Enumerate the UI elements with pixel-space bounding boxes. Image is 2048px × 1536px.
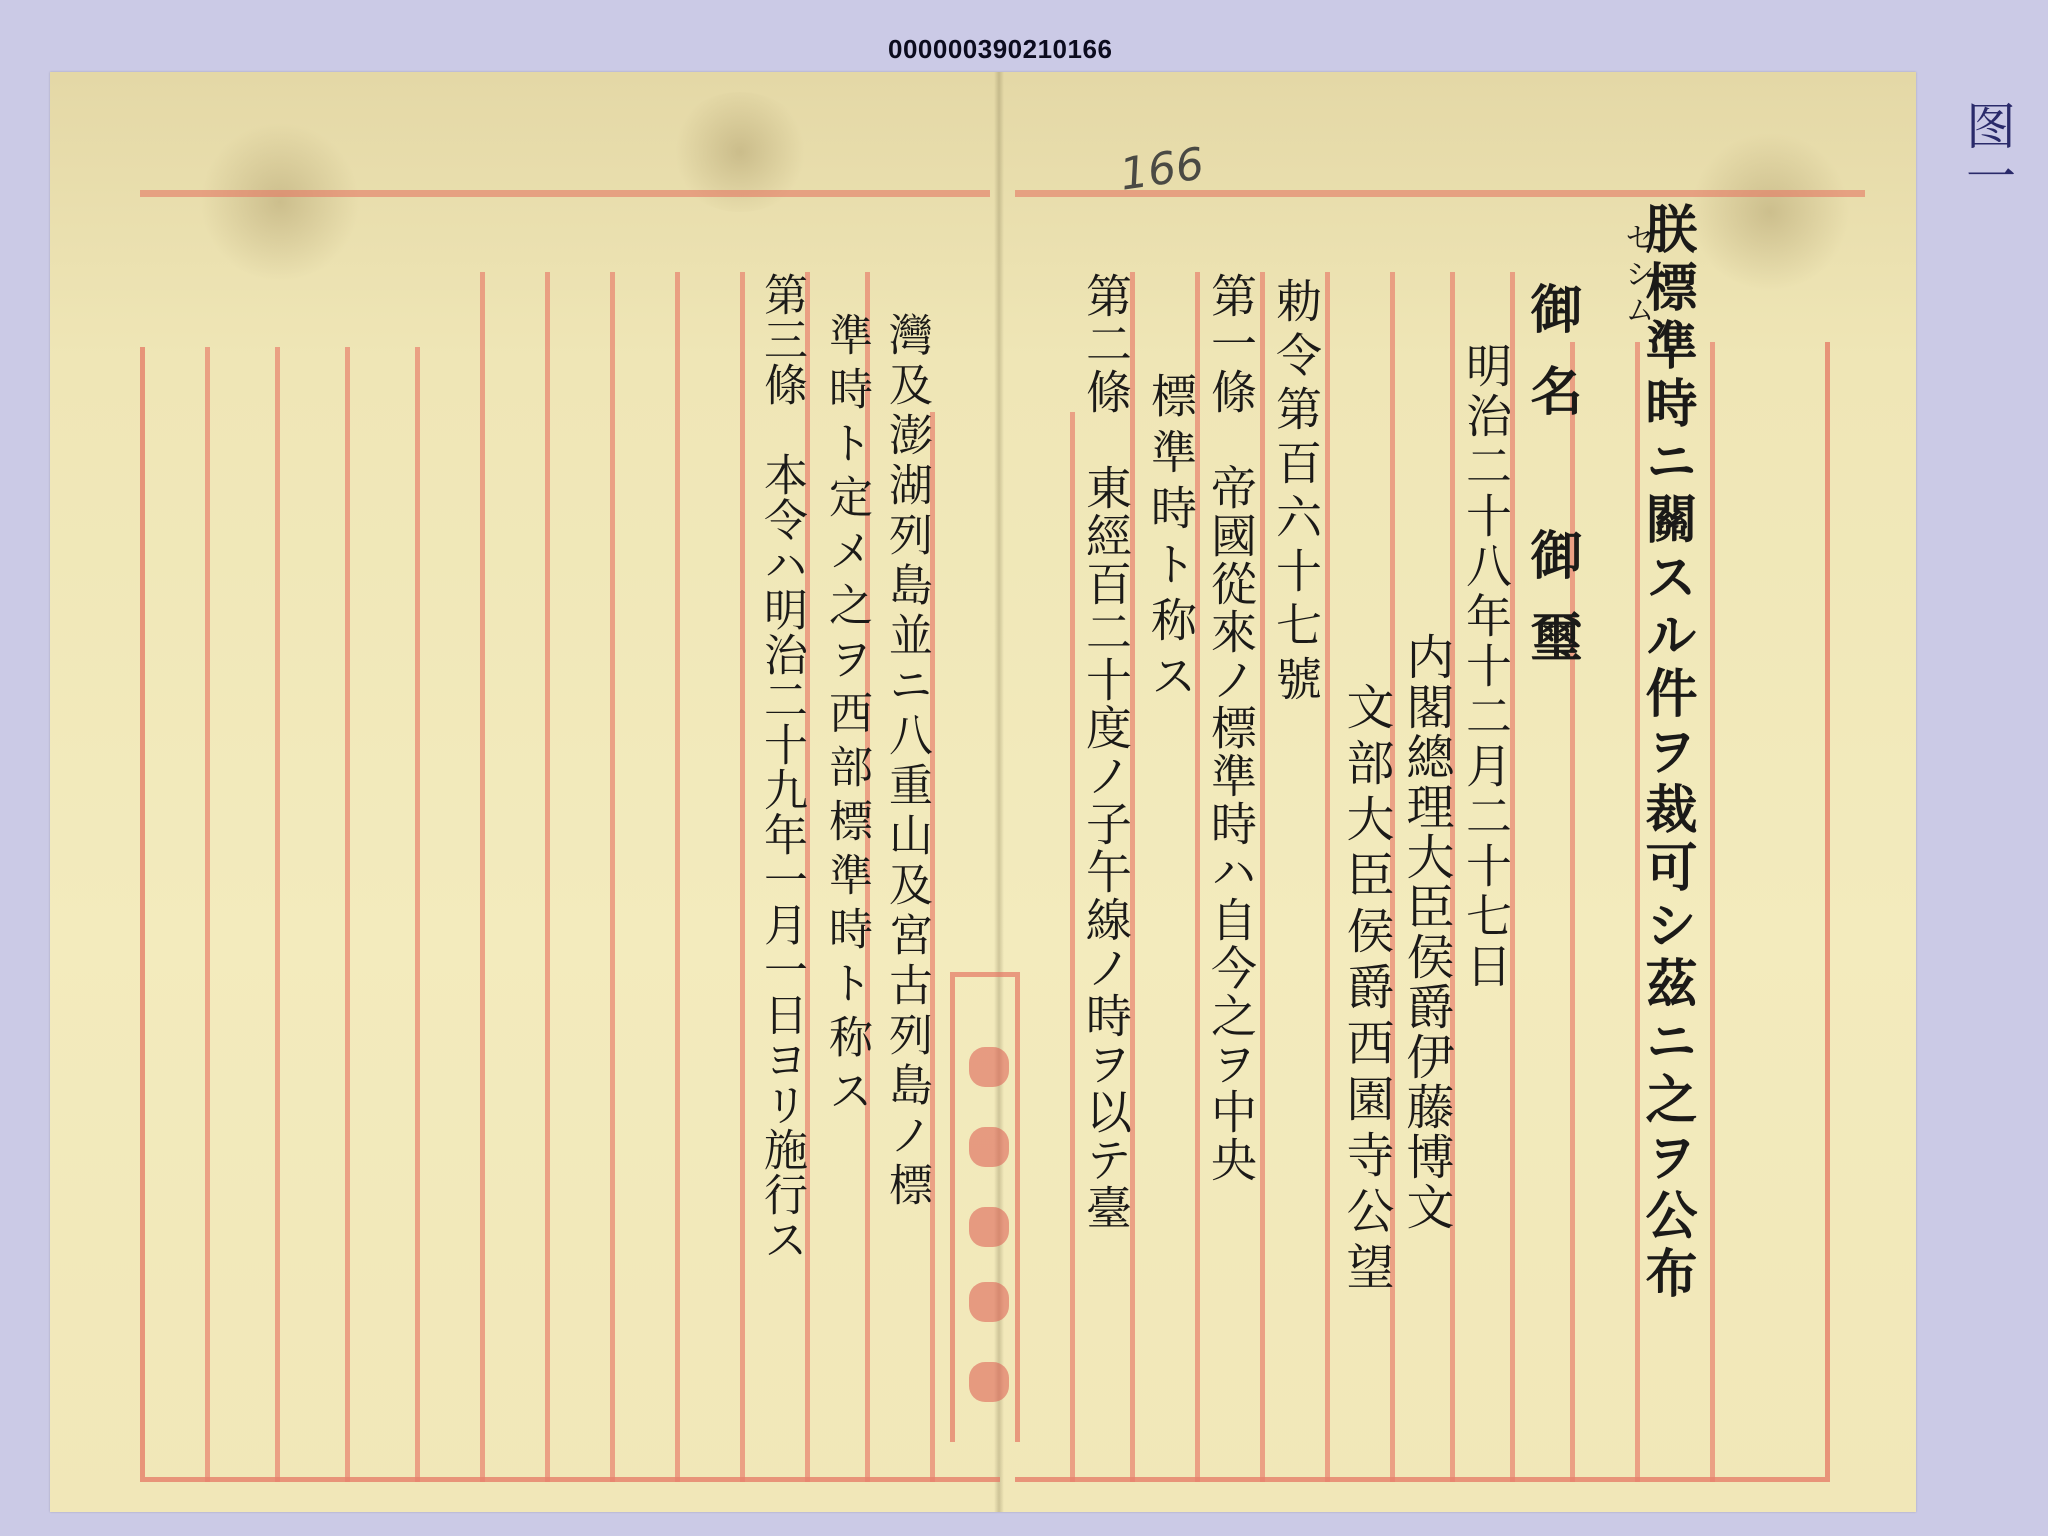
ruled-top-band-right <box>1015 190 1865 197</box>
fold-seal-mark <box>950 972 1020 1442</box>
ruled-top-band-left <box>140 190 990 197</box>
article-3: 第三條 本令ハ明治二十九年一月一日ヨリ施行ス <box>750 272 812 1262</box>
ruled-line <box>1710 342 1715 1482</box>
stain-mark <box>200 122 360 282</box>
seal-blot <box>969 1047 1009 1087</box>
seal-blot <box>969 1282 1009 1322</box>
article-1: 第一條 帝國從來ノ標準時ハ自今之ヲ中央 <box>1200 272 1262 1184</box>
ordinance-number: 勅令第百六十七號 <box>1265 277 1327 709</box>
preamble-text: 朕標準時ニ關スル件ヲ裁可シ茲ニ之ヲ公布 <box>1635 202 1697 1304</box>
seal-blot <box>969 1362 1009 1402</box>
stain-mark <box>1690 132 1850 292</box>
figure-label: 图一 <box>1962 100 2022 200</box>
ruled-line <box>675 272 680 1482</box>
ruled-line <box>610 272 615 1482</box>
signatory-education-minister: 文部大臣侯爵西園寺公望 <box>1335 682 1397 1298</box>
article-2-continued-1: 灣及澎湖列島並ニ八重山及宮古列島ノ標 <box>875 312 937 1212</box>
ruled-line <box>415 347 420 1482</box>
seal-blot <box>969 1127 1009 1167</box>
ruled-line <box>205 347 210 1482</box>
document-id-label: 000000390210166 <box>888 34 1112 65</box>
article-1-continued: 標準時ト称ス <box>1140 372 1202 708</box>
ruled-line <box>275 347 280 1482</box>
ruled-line <box>545 272 550 1482</box>
article-2-continued-2: 準時ト定メ之ヲ西部標準時ト称ス <box>815 312 877 1122</box>
seal-blot <box>969 1207 1009 1247</box>
article-2: 第二條 東經百二十度ノ子午線ノ時ヲ以テ臺 <box>1075 272 1137 1232</box>
preamble-kana: セシム <box>1605 222 1667 330</box>
ruled-line <box>480 272 485 1482</box>
date-text: 明治二十八年十二月二十七日 <box>1455 342 1517 992</box>
ruled-line <box>345 347 350 1482</box>
imperial-signature: 御名 御璽 <box>1520 282 1582 692</box>
document-paper: 166 朕標準時ニ關スル件ヲ裁可シ茲ニ之ヲ公布 セシム 御名 御璽 明治二十八年… <box>50 72 1916 1512</box>
ruled-line <box>740 272 745 1482</box>
signatory-prime-minister: 内閣總理大臣侯爵伊藤博文 <box>1395 632 1457 1232</box>
